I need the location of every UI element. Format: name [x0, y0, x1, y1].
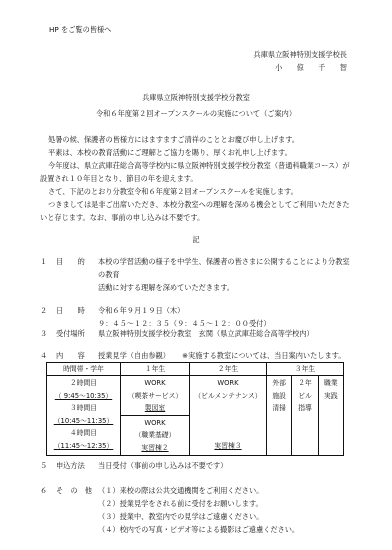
body-paragraph-4: さて、下記のとおり分教室令和６年度第２回オープンスクールを実施します。 — [48, 188, 298, 195]
header-grade-3: ３年生 — [267, 363, 344, 376]
body-paragraph-2: 平素は、本校の教育活動にご理解とご協力を賜り、厚くお礼申し上げます。 — [48, 149, 292, 156]
sender-name: 小 倞 千 智 — [275, 64, 347, 71]
grade-3-col-2: ２年 ビル 指導 — [292, 376, 318, 456]
greeting: HP をご覧の皆様へ — [49, 26, 111, 33]
body-paragraph-3b: 設置され１０年目となり、節目の年を迎えます。 — [40, 175, 198, 182]
item-1-line-2: の教育 — [98, 271, 120, 278]
grade-1-block-2-room: 実習棟２ — [121, 442, 189, 455]
grade-1-block-2-course: （職業基礎） — [121, 429, 189, 442]
item-6-number: ６ — [40, 487, 47, 494]
body-paragraph-5a: つきましては是非ご出席いただき、本校分教室への理解を深める機会としてご利用いただ… — [48, 201, 350, 208]
header-grade-1: １年生 — [121, 363, 190, 376]
item-1-label: 目 的 — [56, 258, 85, 265]
item-6-line-2: （２）授業見学をされる前に受付をお願いします。 — [98, 500, 263, 507]
grade-3-col-1: 外部 施設 清掃 — [267, 376, 292, 456]
grade-1-block-2-work: WORK — [121, 417, 189, 430]
item-6-line-4: （４）校内での写真・ビデオ等による撮影はご遠慮ください。 — [98, 526, 299, 533]
grade-3-col-3: 職業 実践 — [318, 376, 343, 456]
grade-2-cell: WORK （ビルメンテナンス） 実習棟３ — [190, 376, 267, 456]
header-grade-2: ２年生 — [190, 363, 267, 376]
item-2-number: ２ — [40, 307, 47, 314]
period-3-name: ３時間目 — [47, 402, 120, 415]
grade-3-col-2-line-2: ビル — [292, 390, 317, 403]
grade-3-col-2-line-1: ２年 — [292, 377, 317, 390]
item-5-number: ５ — [40, 462, 47, 469]
grade-2-course: （ビルメンテナンス） — [190, 390, 266, 403]
document-title-org: 兵庫県立阪神特別支援学校分教室 — [0, 94, 392, 101]
table-row: ２時間目 （ 9:45～10:35） ３時間目 （10:45～11:35） ４時… — [47, 376, 344, 416]
grade-1-block-1-room: 製図室 — [121, 402, 189, 415]
grade-2-room: 実習棟３ — [190, 440, 266, 453]
item-2-line-1: 令和６年９月１９日（木） — [98, 307, 184, 314]
grade-3-col-3-line-2: 実践 — [319, 390, 343, 403]
body-paragraph-3a: 今年度は、県立武庫荘総合高等学校内に県立阪神特別支援学校分教室（普通科職業コース… — [48, 162, 350, 169]
grade-3-col-1-line-2: 施設 — [267, 390, 291, 403]
grade-3-col-1-line-3: 清掃 — [267, 402, 291, 415]
schedule-table: 時間帯・学年 １年生 ２年生 ３年生 ２時間目 （ 9:45～10:35） ３時… — [46, 362, 344, 456]
period-4-name: ４時間目 — [47, 427, 120, 440]
period-4-time: （11:45～12:35） — [47, 440, 120, 453]
grade-1-block-2: WORK （職業基礎） 実習棟２ — [121, 415, 190, 455]
document-title: 令和６年度第２回オープンスクールの実施について（ご案内） — [0, 110, 392, 117]
grade-1-block-1-work: WORK — [121, 377, 189, 390]
item-6-line-1: （１）来校の際は公共交通機関をご利用ください。 — [98, 487, 263, 494]
body-paragraph-5b: いと存じます。なお、事前の申し込みは不要です。 — [40, 214, 204, 221]
grade-3-col-1-line-1: 外部 — [267, 377, 291, 390]
grade-1-block-1: WORK （喫茶サービス） 製図室 — [121, 376, 190, 416]
grade-2-work: WORK — [190, 377, 266, 390]
item-2-line-2: ９：４５～１２：３５（９：４５～１２：００受付） — [98, 320, 271, 327]
item-1-number: １ — [40, 258, 47, 265]
body-paragraph-1: 処暑の候、保護者の皆様方にはますますご清祥のこととお慶び申し上げます。 — [48, 136, 299, 143]
item-5-label: 申込方法 — [56, 462, 85, 469]
item-3-line-1: 県立阪神特別支援学校分教室 玄関（県立武庫荘総合高等学校内） — [98, 330, 314, 337]
grade-1-block-1-course: （喫茶サービス） — [121, 390, 189, 403]
item-1-line-1: 本校の学習活動の様子を中学生、保護者の皆さまに公開することにより分教室 — [98, 258, 350, 265]
item-1-line-3: 活動に対する理解を深めていただきます。 — [98, 284, 234, 291]
table-header-row: 時間帯・学年 １年生 ２年生 ３年生 — [47, 363, 344, 376]
item-6-label: そ の 他 — [56, 487, 92, 494]
item-4-number: ４ — [40, 352, 47, 359]
sender-organization: 兵庫県立阪神特別支援学校長 — [254, 51, 347, 58]
period-3-time: （10:45～11:35） — [47, 415, 120, 428]
header-time-grade: 時間帯・学年 — [47, 363, 121, 376]
item-4-note: ※実施する教室については、当日案内いたします。 — [182, 352, 345, 359]
item-3-label: 受付場所 — [56, 330, 85, 337]
item-6-line-3: （３）授業中、教室内での見学はご遠慮ください。 — [98, 513, 263, 520]
item-4-line-1: 授業見学（自由参観） — [98, 352, 170, 359]
item-4-label: 内 容 — [56, 352, 85, 359]
periods-cell: ２時間目 （ 9:45～10:35） ３時間目 （10:45～11:35） ４時… — [47, 376, 121, 456]
item-3-number: ３ — [40, 330, 47, 337]
grade-3-col-3-line-1: 職業 — [319, 377, 343, 390]
item-5-line-1: 当日受付（事前の申し込みは不要です） — [98, 462, 227, 469]
grade-3-col-2-line-3: 指導 — [292, 402, 317, 415]
period-2-name: ２時間目 — [47, 377, 120, 390]
item-2-label: 日 時 — [56, 307, 85, 314]
period-2-time: （ 9:45～10:35） — [47, 390, 120, 403]
ki-heading: 記 — [0, 236, 392, 243]
